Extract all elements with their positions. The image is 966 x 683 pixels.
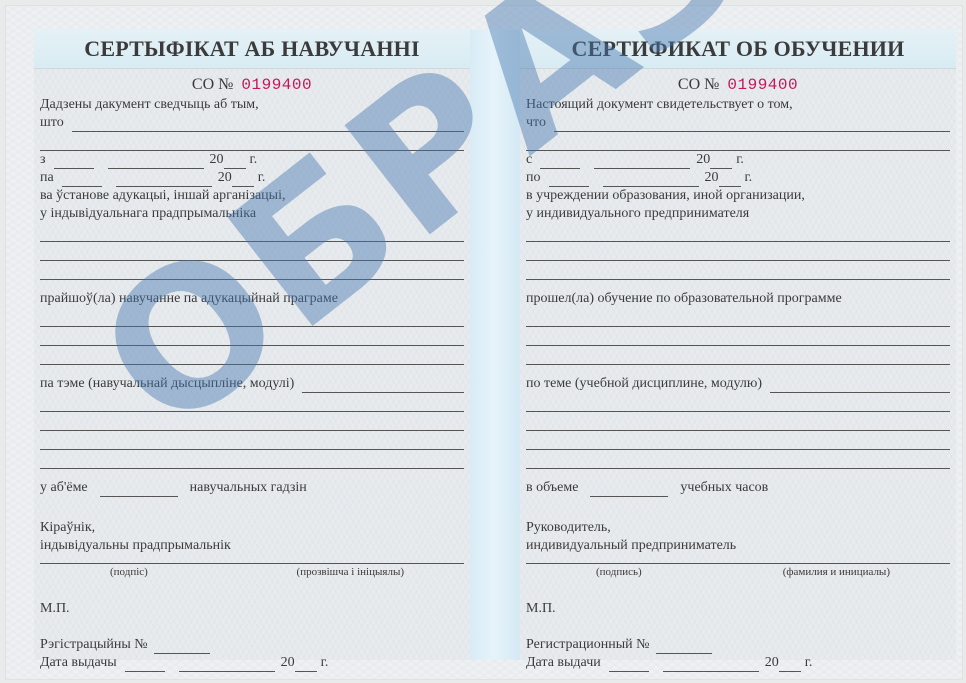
topic-line-2[interactable] — [526, 393, 950, 412]
year-prefix: 20 — [765, 654, 779, 672]
head-text-2: індывідуальны прадпрымальнік — [40, 537, 231, 555]
topic-line-4[interactable] — [526, 431, 950, 450]
institution-label-1: ва ўстанове адукацыі, іншай арганізацыі, — [40, 187, 464, 205]
to-label: па — [40, 169, 54, 187]
to-year-input[interactable] — [232, 173, 254, 187]
hours-field[interactable]: у аб'ёме навучальных гадзін — [40, 479, 464, 497]
date-from-field[interactable]: з 20 г. — [40, 151, 464, 169]
that-label: что — [526, 114, 546, 132]
head-label-2: індывідуальны прадпрымальнік — [40, 537, 464, 555]
topic-line-4[interactable] — [40, 431, 464, 450]
program-line-3[interactable] — [526, 346, 950, 365]
reg-number-input[interactable] — [656, 640, 712, 654]
institution-line-3[interactable] — [40, 261, 464, 280]
issue-day-input[interactable] — [125, 658, 165, 672]
certificate-spread: СЕРТЫФІКАТ АБ НАВУЧАННІ СО №0199400 Дадз… — [5, 5, 963, 680]
from-year-input[interactable] — [710, 155, 732, 169]
program-line-2[interactable] — [40, 327, 464, 346]
topic-line-2[interactable] — [40, 393, 464, 412]
recipient-input[interactable] — [554, 118, 950, 132]
head-label-2: индивидуальный предприниматель — [526, 537, 950, 555]
topic-field[interactable]: па тэме (навучальнай дысцыпліне, модулі) — [40, 375, 464, 393]
year-suffix: г. — [250, 151, 258, 169]
program-line-3[interactable] — [40, 346, 464, 365]
institution-label-2: у индивидуального предпринимателя — [526, 205, 950, 223]
date-to-field[interactable]: па 20 г. — [40, 169, 464, 187]
institution-line-2[interactable] — [526, 242, 950, 261]
recipient-line-2[interactable] — [526, 132, 950, 151]
year-prefix: 20 — [705, 169, 719, 187]
topic-input[interactable] — [770, 379, 950, 393]
serial-value: 0199400 — [241, 76, 312, 94]
year-suffix: г. — [321, 654, 329, 672]
to-day-input[interactable] — [549, 173, 589, 187]
program-text: прошел(ла) обучение по образовательной п… — [526, 290, 842, 308]
recipient-line-2[interactable] — [40, 132, 464, 151]
intro-line: Настоящий документ свидетельствует о том… — [526, 96, 950, 114]
that-label: што — [40, 114, 64, 132]
topic-label: по теме (учебной дисциплине, модулю) — [526, 375, 762, 393]
serial-number: СО №0199400 — [520, 76, 956, 96]
from-day-input[interactable] — [54, 155, 94, 169]
head-text-1: Кіраўнік, — [40, 519, 95, 537]
issue-date-field[interactable]: Дата выдачы 20 г. — [40, 654, 464, 672]
issue-date-field[interactable]: Дата выдачи 20 г. — [526, 654, 950, 672]
to-day-input[interactable] — [62, 173, 102, 187]
page-header: СЕРТИФИКАТ ОБ ОБУЧЕНИИ — [520, 30, 956, 69]
volume-prefix: у аб'ёме — [40, 479, 88, 497]
center-spine — [468, 30, 520, 660]
to-month-input[interactable] — [116, 173, 212, 187]
topic-line-3[interactable] — [40, 412, 464, 431]
institution-text-1: в учреждении образования, иной организац… — [526, 187, 805, 205]
page-belarusian: СЕРТЫФІКАТ АБ НАВУЧАННІ СО №0199400 Дадз… — [34, 30, 470, 660]
program-label: прошел(ла) обучение по образовательной п… — [526, 290, 950, 308]
volume-suffix: учебных часов — [680, 479, 768, 497]
intro-text: Настоящий документ свидетельствует о том… — [526, 96, 793, 114]
from-label: с — [526, 151, 532, 169]
year-suffix: г. — [736, 151, 744, 169]
issue-day-input[interactable] — [609, 658, 649, 672]
stamp-label: М.П. — [40, 600, 464, 618]
year-prefix: 20 — [210, 151, 224, 169]
issue-year-input[interactable] — [295, 658, 317, 672]
serial-prefix: СО № — [678, 76, 720, 93]
year-prefix: 20 — [696, 151, 710, 169]
hours-field[interactable]: в объеме учебных часов — [526, 479, 950, 497]
volume-suffix: навучальных гадзін — [190, 479, 307, 497]
stamp-text: М.П. — [40, 600, 70, 618]
recipient-field[interactable]: что — [526, 114, 950, 132]
head-text-1: Руководитель, — [526, 519, 611, 537]
issue-month-input[interactable] — [663, 658, 759, 672]
year-prefix: 20 — [281, 654, 295, 672]
program-line-1[interactable] — [40, 308, 464, 327]
intro-line: Дадзены дакумент сведчыць аб тым, — [40, 96, 464, 114]
to-label: по — [526, 169, 541, 187]
institution-text-2: у індывідуальнага прадпрымальніка — [40, 205, 256, 223]
issue-year-input[interactable] — [779, 658, 801, 672]
stamp-text: М.П. — [526, 600, 556, 618]
page-header: СЕРТЫФІКАТ АБ НАВУЧАННІ — [34, 30, 470, 69]
head-label-1: Кіраўнік, — [40, 519, 464, 537]
institution-label-1: в учреждении образования, иной организац… — [526, 187, 950, 205]
head-label-1: Руководитель, — [526, 519, 950, 537]
year-suffix: г. — [745, 169, 753, 187]
serial-number: СО №0199400 — [34, 76, 470, 96]
intro-text: Дадзены дакумент сведчыць аб тым, — [40, 96, 259, 114]
stamp-label: М.П. — [526, 600, 950, 618]
from-month-input[interactable] — [108, 155, 204, 169]
reg-number-field[interactable]: Рэгістрацыйны № — [40, 636, 464, 654]
signature-line[interactable] — [40, 555, 464, 564]
program-line-1[interactable] — [526, 308, 950, 327]
recipient-field[interactable]: што — [40, 114, 464, 132]
reg-number-input[interactable] — [154, 640, 210, 654]
program-label: прайшоў(ла) навучанне па адукацыйнай пра… — [40, 290, 464, 308]
hours-input[interactable] — [100, 483, 178, 497]
topic-label: па тэме (навучальнай дысцыпліне, модулі) — [40, 375, 294, 393]
institution-line-2[interactable] — [40, 242, 464, 261]
year-suffix: г. — [258, 169, 266, 187]
from-day-input[interactable] — [540, 155, 580, 169]
name-caption: (прозвішча і ініцыялы) — [297, 566, 404, 582]
recipient-input[interactable] — [72, 118, 464, 132]
institution-line-1[interactable] — [526, 223, 950, 242]
signature-caption: (подпіс) — [110, 566, 148, 582]
topic-line-3[interactable] — [526, 412, 950, 431]
issue-date-label: Дата выдачы — [40, 654, 117, 672]
signature-caption: (подпись) — [596, 566, 642, 582]
to-year-input[interactable] — [719, 173, 741, 187]
serial-prefix: СО № — [192, 76, 234, 93]
volume-prefix: в объеме — [526, 479, 578, 497]
institution-line-1[interactable] — [40, 223, 464, 242]
program-text: прайшоў(ла) навучанне па адукацыйнай пра… — [40, 290, 338, 308]
page-russian: СЕРТИФИКАТ ОБ ОБУЧЕНИИ СО №0199400 Насто… — [520, 30, 956, 660]
topic-line-5[interactable] — [40, 450, 464, 469]
date-to-field[interactable]: по 20 г. — [526, 169, 950, 187]
reg-number-label: Регистрационный № — [526, 636, 650, 654]
from-label: з — [40, 151, 46, 169]
date-from-field[interactable]: с 20 г. — [526, 151, 950, 169]
reg-number-field[interactable]: Регистрационный № — [526, 636, 950, 654]
institution-label-2: у індывідуальнага прадпрымальніка — [40, 205, 464, 223]
year-prefix: 20 — [218, 169, 232, 187]
hours-input[interactable] — [590, 483, 668, 497]
from-year-input[interactable] — [224, 155, 246, 169]
name-caption: (фамилия и инициалы) — [783, 566, 890, 582]
program-line-2[interactable] — [526, 327, 950, 346]
institution-text-2: у индивидуального предпринимателя — [526, 205, 749, 223]
serial-value: 0199400 — [727, 76, 798, 94]
institution-text-1: ва ўстанове адукацыі, іншай арганізацыі, — [40, 187, 285, 205]
year-suffix: г. — [805, 654, 813, 672]
head-text-2: индивидуальный предприниматель — [526, 537, 736, 555]
signature-line[interactable] — [526, 555, 950, 564]
institution-line-3[interactable] — [526, 261, 950, 280]
to-month-input[interactable] — [603, 173, 699, 187]
certificate-title: СЕРТИФИКАТ ОБ ОБУЧЕНИИ — [572, 36, 905, 62]
reg-number-label: Рэгістрацыйны № — [40, 636, 148, 654]
topic-field[interactable]: по теме (учебной дисциплине, модулю) — [526, 375, 950, 393]
topic-input[interactable] — [302, 379, 464, 393]
certificate-title: СЕРТЫФІКАТ АБ НАВУЧАННІ — [84, 36, 419, 62]
from-month-input[interactable] — [594, 155, 690, 169]
issue-month-input[interactable] — [179, 658, 275, 672]
topic-line-5[interactable] — [526, 450, 950, 469]
issue-date-label: Дата выдачи — [526, 654, 601, 672]
